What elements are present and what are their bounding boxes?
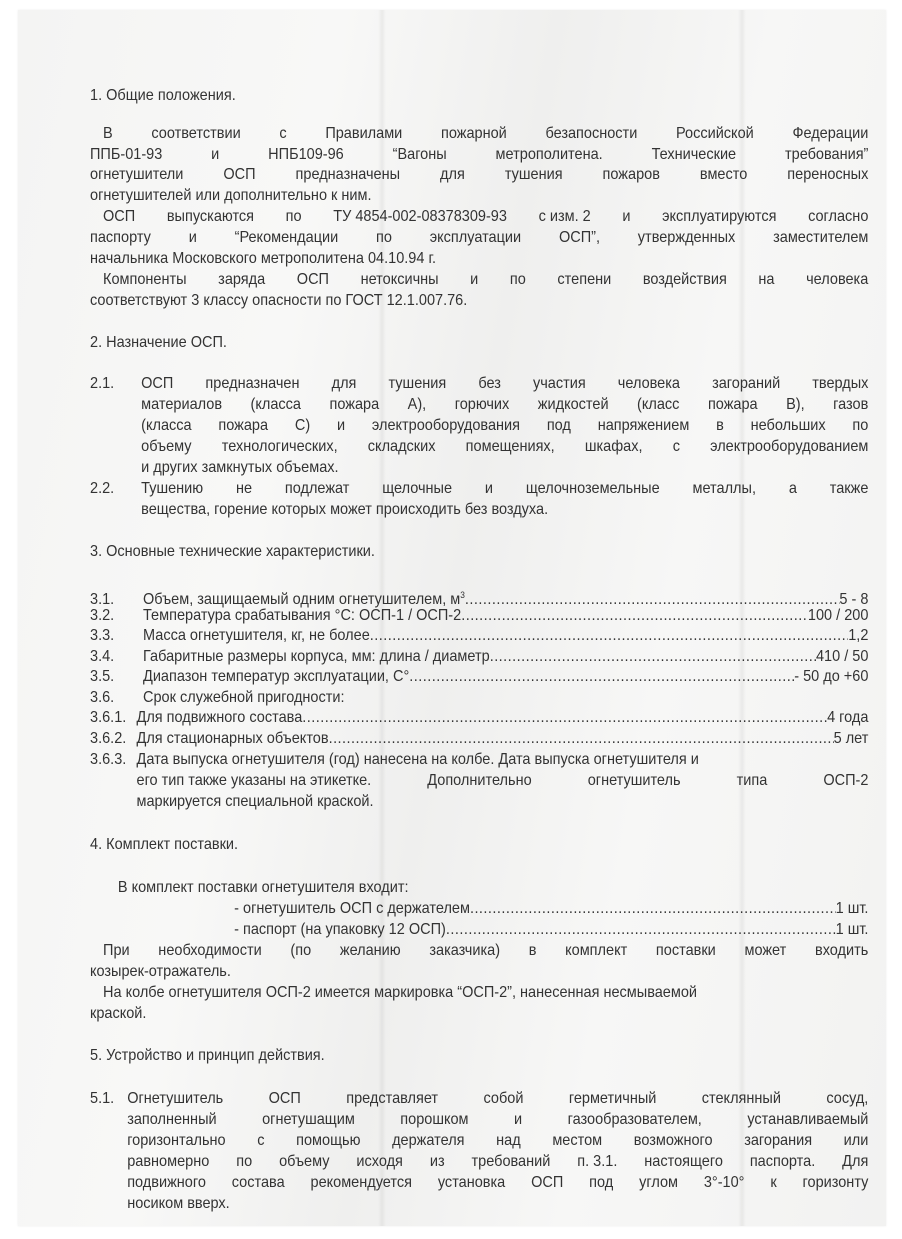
word: заместителем [773,228,868,248]
paragraph-line: краской. [90,1004,146,1024]
word: заполненный [127,1110,216,1130]
word: его тип также указаны на этикетке. [137,771,372,791]
item-number: 5.1. [90,1089,114,1109]
word: и [470,270,478,290]
word: Российской [676,124,754,144]
leader-dots [329,729,834,749]
section-heading: 3. Основные технические характеристики. [90,542,375,562]
paragraph-line: объемутехнологических,складскихпомещения… [141,437,868,457]
word: ОСП [141,374,173,394]
spec-row: 3.6.1.Для подвижного состава 4 года [90,708,868,728]
word: к [770,1173,776,1193]
word: и [622,207,630,227]
paragraph-line: материалов(классапожараА),горючихжидкост… [141,395,868,415]
word: Тушению [141,479,203,499]
item-number: 3.3. [90,626,143,646]
word: представляет [346,1089,438,1109]
paragraph-line: горизонтальноспомощьюдержателянадместомв… [127,1131,868,1151]
spec-value: 4 года [827,708,868,728]
word: В [103,124,113,144]
word: тушения [389,374,447,394]
word: объему [141,437,191,457]
spec-label: Габаритные размеры корпуса, мм: длина / … [143,647,490,667]
word: НПБ109-96 [268,145,344,165]
word: с [279,124,286,144]
word: ТУ 4854-002-08378309-93 [333,207,507,227]
word: горизонтально [127,1131,225,1151]
word: паспорта. [750,1152,815,1172]
word: исходя [356,1152,403,1172]
word: (класса [141,416,191,436]
word: и [514,1110,522,1130]
word: человека [618,374,680,394]
spec-row: 3.6.2.Для стационарных объектов5 лет [90,729,868,749]
word: “Рекомендации [235,228,339,248]
item-number: 3.6.1. [90,708,137,728]
paragraph-line: паспортуи“РекомендациипоэксплуатацииОСП”… [90,228,868,248]
paragraph-line: В комплект поставки огнетушителя входит: [118,878,409,898]
word: герметичный [569,1089,656,1109]
word: помещениях, [466,437,555,457]
spec-label: Диапазон температур эксплуатации, С° [143,667,409,687]
word: паспорту [90,228,151,248]
word: выпускаются [167,207,254,227]
paragraph-line: заполненныйогнетушащимпорошкомигазообраз… [127,1110,868,1130]
item-number: 3.6.2. [90,729,137,749]
word: пожара [218,416,268,436]
spec-label: Для подвижного состава [137,708,303,728]
word: с [673,437,680,457]
word: устанавливаемый [747,1110,868,1130]
leader-dots [446,920,836,940]
paragraph-line: маркируется специальной краской. [137,792,374,812]
spec-value: 410 / 50 [816,647,868,667]
word: небольших [751,416,826,436]
paragraph-line: равномернопообъемуисходяизтребованийп. 3… [127,1152,868,1172]
item-number: 3.6.3. [90,750,126,770]
word: возможного [634,1131,713,1151]
word: необходимости [158,941,261,961]
word: желанию [340,941,401,961]
word: щелочные [382,479,452,499]
word: в [716,416,724,436]
word: и [189,228,197,248]
word: местом [552,1131,602,1151]
paragraph-line: ОгнетушительОСПпредставляетсобойгерметич… [127,1089,868,1109]
word: подлежат [285,479,350,499]
word: ОСП [103,207,135,227]
word: переносных [787,165,868,185]
word: под [547,416,571,436]
spec-row: 3.2.Температура срабатывания °С: ОСП-1 /… [90,606,868,626]
paragraph-line: ОСПвыпускаютсяпоТУ 4854-002-08378309-93с… [103,207,868,227]
word: не [236,479,252,499]
word: ОСП [297,270,329,290]
word: материалов [141,395,222,415]
word: требования” [785,145,868,165]
word: ОСП [531,1173,563,1193]
word: помощью [296,1131,360,1151]
item-number: 3.4. [90,647,143,667]
word: ППБ-01-93 [90,145,162,165]
word: метрополитена. [496,145,603,165]
paragraph-line: начальника Московского метрополитена 04.… [90,249,436,269]
word: Компоненты [103,270,187,290]
spec-row: 3.5.Диапазон температур эксплуатации, С°… [90,667,868,687]
spec-value: 1 шт. [836,920,869,940]
word: рекомендуется [311,1173,412,1193]
word: по [510,270,526,290]
word: предназначен [205,374,299,394]
paragraph-line: ОСПпредназначендлятушениябезучастиячелов… [141,374,868,394]
word: под [589,1173,613,1193]
word: шкафах, [585,437,643,457]
paragraph-line: КомпонентызарядаОСПнетоксичныипостепенив… [103,270,868,290]
word: с [257,1131,264,1151]
word: (по [290,941,311,961]
word: складских [368,437,436,457]
word: пожара [330,395,380,415]
word: п. 3.1. [577,1152,617,1172]
paragraph-line: вещества, горение которых может происход… [141,500,548,520]
word: тушения [505,165,563,185]
word: участия [533,374,586,394]
word: “Вагоны [393,145,447,165]
spec-row: 3.3.Масса огнетушителя, кг, не более1,2 [90,626,868,646]
word: по [286,207,302,227]
word: и [211,145,219,165]
paragraph-line: (классапожараС)иэлектрооборудованияподна… [141,416,868,436]
word: вместо [700,165,747,185]
word: технологических, [222,437,338,457]
word: щелочноземельные [526,479,660,499]
word: для [440,165,465,185]
word: воздействия [643,270,727,290]
word: над [496,1131,521,1151]
word: Технические [652,145,737,165]
paragraph-line: ППБ-01-93иНПБ109-96“Вагоныметрополитена.… [90,145,868,165]
word: установка [438,1173,505,1193]
word: из [430,1152,445,1172]
word: типа [737,771,768,791]
word: (класс [637,395,679,415]
paragraph-line: Принеобходимости(пожеланиюзаказчика)вком… [103,941,868,961]
leader-dots [302,708,827,728]
word: А), [408,395,427,415]
word: пожарной [441,124,507,144]
paragraph-line: соответствуют 3 классу опасности по ГОСТ… [90,291,467,311]
word: комплект [565,941,627,961]
word: загораний [712,374,780,394]
word: человека [806,270,868,290]
kit-item: - паспорт (на упаковку 12 ОСП)1 шт. [234,920,868,940]
word: напряжением [598,416,690,436]
section-heading: 2. Назначение ОСП. [90,333,227,353]
item-number: 2.2. [90,479,114,499]
paragraph-line: носиком вверх. [127,1194,230,1214]
word: степени [557,270,611,290]
spec-label: Для стационарных объектов [137,729,329,749]
spec-label: - огнетушитель ОСП с держателем [234,899,470,919]
item-number: 3.5. [90,667,143,687]
word: углом [639,1173,678,1193]
spec-label: Температура срабатывания °С: ОСП-1 / ОСП… [143,606,461,626]
word: заряда [218,270,265,290]
word: эксплуатации [430,228,521,248]
paragraph-line: подвижногосоставарекомендуетсяустановкаО… [127,1173,868,1193]
item-number: 2.1. [90,374,114,394]
word: газообразователем, [568,1110,702,1130]
word: (класса [251,395,301,415]
word: ОСП”, [559,228,600,248]
word: для [332,374,357,394]
leader-dots [370,626,848,646]
word: С) [295,416,310,436]
word: В), [786,395,805,415]
leader-dots [461,606,808,626]
word: по [236,1152,252,1172]
spec-row: 3.4.Габаритные размеры корпуса, мм: длин… [90,647,868,667]
section-heading: 4. Комплект поставки. [90,835,238,855]
section-heading: 1. Общие положения. [90,86,236,106]
spec-label: Срок служебной пригодности: [143,688,345,708]
paragraph-line: козырек-отражатель. [90,962,231,982]
paragraph-line: ВсоответствиисПравиламипожарнойбезапосно… [103,124,868,144]
word: эксплуатируются [662,207,776,227]
leader-dots [470,899,836,919]
word: по [852,416,868,436]
word: в [529,941,537,961]
word: безапосности [545,124,637,144]
word: загорания [744,1131,812,1151]
word: огнетушители [90,165,183,185]
spec-label: - паспорт (на упаковку 12 ОСП) [234,920,446,940]
paragraph-line: Тушениюнеподлежатщелочныеищелочноземельн… [141,479,868,499]
word: может [744,941,786,961]
word: подвижного [127,1173,206,1193]
spec-value: 100 / 200 [808,606,868,626]
spec-value: 5 лет [834,729,869,749]
word: огнетушитель [588,771,681,791]
word: держателя [392,1131,464,1151]
spec-value: 1 шт. [836,899,869,919]
word: собой [483,1089,523,1109]
word: порошком [400,1110,468,1130]
paragraph-line: огнетушителей или дополнительно к ним. [90,186,372,206]
word: на [758,270,774,290]
word: поставки [656,941,716,961]
word: Для [842,1152,868,1172]
section-heading: 5. Устройство и принцип действия. [90,1046,325,1066]
spec-value: - 50 до +60 [794,667,868,687]
word: электрооборудованием [710,437,868,457]
word: 3°-10° [704,1173,745,1193]
leader-dots [409,667,794,687]
word: горючих [455,395,510,415]
word: твердых [812,374,868,394]
word: пожара [708,395,758,415]
word: или [844,1131,869,1151]
word: с изм. 2 [539,207,591,227]
word: горизонту [803,1173,869,1193]
word: Дополнительно [427,771,531,791]
word: жидкостей [538,395,609,415]
word: металлы, [692,479,755,499]
kit-item: - огнетушитель ОСП с держателем1 шт. [234,899,868,919]
word: настоящего [644,1152,723,1172]
paragraph-line: его тип также указаны на этикетке.Дополн… [137,771,869,791]
word: заказчика) [429,941,500,961]
word: равномерно [127,1152,209,1172]
word: предназначены [296,165,401,185]
word: также [830,479,869,499]
word: а [789,479,797,499]
word: состава [232,1173,285,1193]
word: ОСП-2 [823,771,868,791]
word: сосуд, [826,1089,868,1109]
word: согласно [808,207,868,227]
word: утвержденных [638,228,735,248]
word: Правилами [325,124,402,144]
word: При [103,941,130,961]
word: и [337,416,345,436]
word: огнетушащим [262,1110,355,1130]
item-number: 3.6. [90,688,114,708]
item-number: 3.2. [90,606,143,626]
paragraph-line: На колбе огнетушителя ОСП-2 имеется марк… [103,983,697,1003]
word: стеклянный [702,1089,781,1109]
paragraph-line: огнетушителиОСПпредназначеныдлятушенияпо… [90,165,868,185]
word: пожаров [603,165,660,185]
word: ОСП [269,1089,301,1109]
word: электрооборудования [372,416,520,436]
word: без [478,374,501,394]
paragraph-line: Дата выпуска огнетушителя (год) нанесена… [137,750,699,770]
spec-value: 1,2 [848,626,868,646]
word: Огнетушитель [127,1089,223,1109]
word: ОСП [223,165,255,185]
word: требований [472,1152,551,1172]
word: входить [815,941,868,961]
word: газов [833,395,868,415]
word: и [485,479,493,499]
word: нетоксичны [361,270,439,290]
word: по [376,228,392,248]
word: соответствии [151,124,240,144]
spec-label: Масса огнетушителя, кг, не более [143,626,370,646]
word: объему [279,1152,329,1172]
paragraph-line: и других замкнутых объемах. [141,458,338,478]
word: Федерации [792,124,868,144]
leader-dots [490,647,816,667]
